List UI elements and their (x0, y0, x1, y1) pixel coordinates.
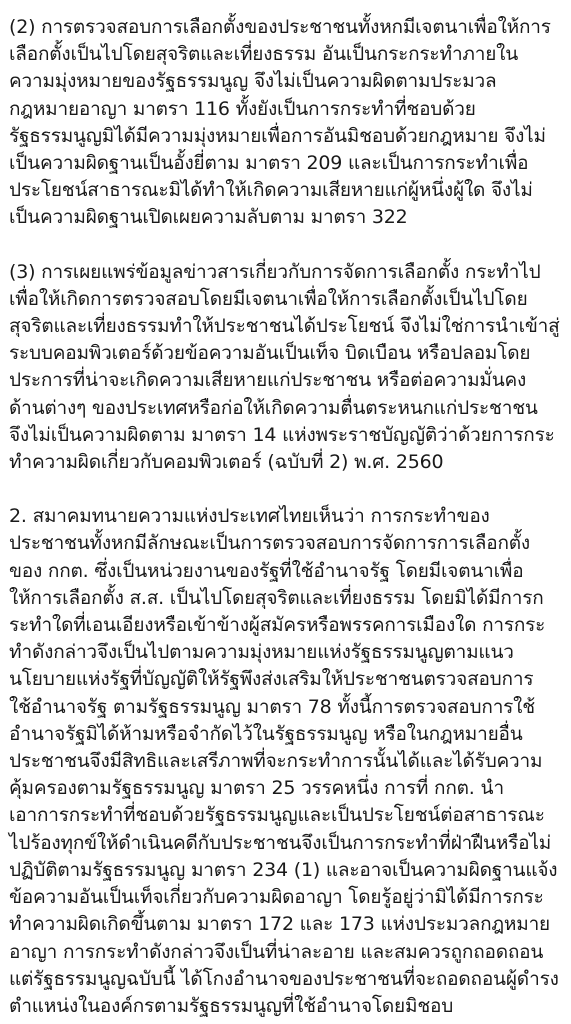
text-line: ด้านต่างๆ ของประเทศหรือก่อให้เกิดความตื่… (9, 395, 561, 422)
text-line: ทำดังกล่าวจึงเป็นไปตามความมุ่งหมายแห่งรั… (9, 639, 561, 666)
text-line: (3) การเผยแพร่ข้อมูลข่าวสารเกี่ยวกับการจ… (9, 259, 561, 286)
text-line: อำนาจรัฐมิได้ห้ามหรือจำกัดไว้ในรัฐธรรมนู… (9, 721, 561, 748)
text-line: ใช้อำนาจรัฐ ตามรัฐธรรมนูญ มาตรา 78 ทั้งน… (9, 694, 561, 721)
text-line: แต่รัฐธรรมนูญฉบับนี้ ได้โกงอำนาจของประชา… (9, 966, 561, 993)
text-line: ปฏิบัติตามรัฐธรรมนูญ มาตรา 234 (1) และอา… (9, 857, 561, 884)
text-line: ทำความผิดเกี่ยวกับคอมพิวเตอร์ (ฉบับที่ 2… (9, 449, 561, 476)
text-line: (2) การตรวจสอบการเลือกตั้งของประชาชนทั้ง… (9, 14, 561, 41)
text-line: ไปร้องทุกข์ให้ดำเนินคดีกับประชาชนจึงเป็น… (9, 830, 561, 857)
text-line: ตำแหน่งในองค์กรตามรัฐธรรมนูญที่ใช้อำนาจโ… (9, 993, 561, 1020)
text-line: ประชาชนทั้งหกมีลักษณะเป็นการตรวจสอบการจั… (9, 530, 561, 557)
text-line: เอาการกระทำที่ชอบด้วยรัฐธรรมนูญและเป็นปร… (9, 802, 561, 829)
paragraph-item-3-information-dissemination: (3) การเผยแพร่ข้อมูลข่าวสารเกี่ยวกับการจ… (9, 259, 561, 477)
text-line: เป็นความผิดฐานเปิดเผยความลับตาม มาตรา 32… (9, 204, 561, 231)
text-line: เลือกตั้งเป็นไปโดยสุจริตและเที่ยงธรรม อั… (9, 41, 561, 68)
text-line: ระทำใดที่เอนเอียงหรือเข้าข้างผู้สมัครหรื… (9, 612, 561, 639)
text-line: ทำความผิดเกิดขึ้นตาม มาตรา 172 และ 173 แ… (9, 911, 561, 938)
text-line: กฎหมายอาญา มาตรา 116 ทั้งยังเป็นการกระทำ… (9, 96, 561, 123)
text-line: อาญา การกระทำดังกล่าวจึงเป็นที่น่าละอาย … (9, 939, 561, 966)
text-line: ข้อความอันเป็นเท็จเกี่ยวกับความผิดอาญา โ… (9, 884, 561, 911)
text-line: ระบบคอมพิวเตอร์ด้วยข้อความอันเป็นเท็จ บิ… (9, 340, 561, 367)
text-line: สุจริตและเที่ยงธรรมทำให้ประชาชนได้ประโยช… (9, 313, 561, 340)
text-line: จึงไม่เป็นความผิดตาม มาตรา 14 แห่งพระราช… (9, 422, 561, 449)
document-page: (2) การตรวจสอบการเลือกตั้งของประชาชนทั้ง… (0, 0, 571, 1020)
text-line: ประโยชน์สาธารณะมิได้ทำให้เกิดความเสียหาย… (9, 177, 561, 204)
paragraph-section-2-lawyers-council-opinion: 2. สมาคมทนายความแห่งประเทศไทยเห็นว่า การ… (9, 503, 561, 1020)
text-line: ประชาชนจึงมีสิทธิและเสรีภาพที่จะกระทำการ… (9, 748, 561, 775)
text-line: 2. สมาคมทนายความแห่งประเทศไทยเห็นว่า การ… (9, 503, 561, 530)
text-line: ของ กกต. ซึ่งเป็นหน่วยงานของรัฐที่ใช้อำน… (9, 558, 561, 585)
paragraph-item-2-election-monitoring: (2) การตรวจสอบการเลือกตั้งของประชาชนทั้ง… (9, 14, 561, 232)
text-line: เพื่อให้เกิดการตรวจสอบโดยมีเจตนาเพื่อให้… (9, 286, 561, 313)
text-line: ประการที่น่าจะเกิดความเสียหายแก่ประชาชน … (9, 367, 561, 394)
text-line: เป็นความผิดฐานเป็นอั้งยี่ตาม มาตรา 209 แ… (9, 150, 561, 177)
text-line: รัฐธรรมนูญมิได้มีความมุ่งหมายเพื่อการอัน… (9, 123, 561, 150)
text-line: คุ้มครองตามรัฐธรรมนูญ มาตรา 25 วรรคหนึ่ง… (9, 775, 561, 802)
text-line: ความมุ่งหมายของรัฐธรรมนูญ จึงไม่เป็นความ… (9, 68, 561, 95)
text-line: นโยบายแห่งรัฐที่บัญญัติให้รัฐพึงส่งเสริม… (9, 666, 561, 693)
text-line: ให้การเลือกตั้ง ส.ส. เป็นไปโดยสุจริตและเ… (9, 585, 561, 612)
